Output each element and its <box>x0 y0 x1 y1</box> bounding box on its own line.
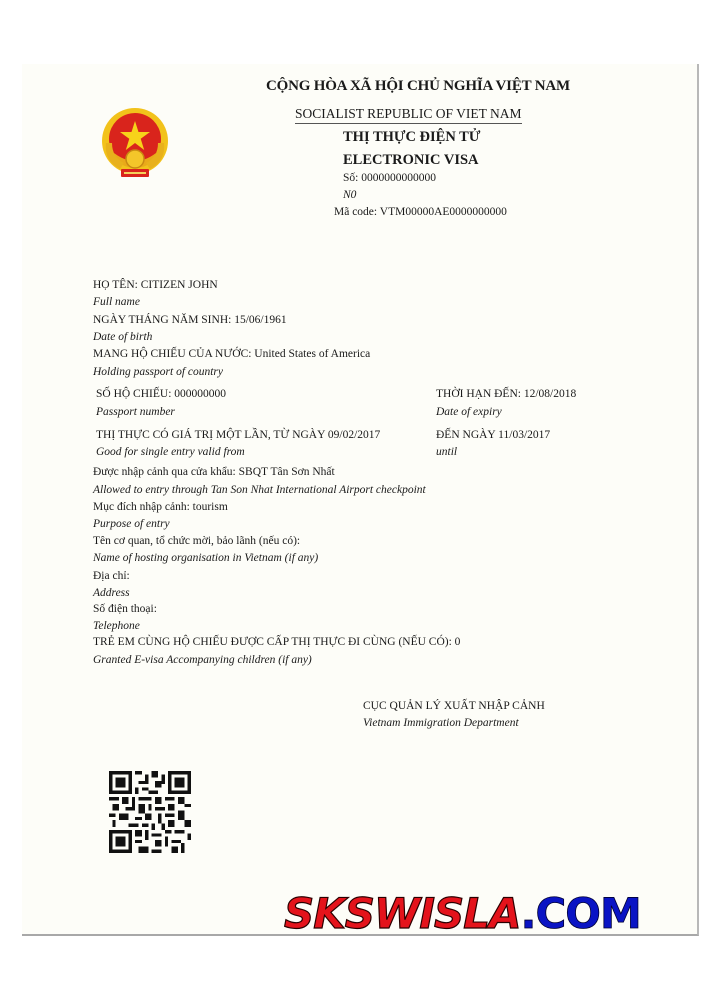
field-purpose: Mục đích nhập cảnh: tourism <box>93 501 228 513</box>
field-hosting-org-en: Name of hosting organisation in Vietnam … <box>93 552 318 564</box>
field-valid-from: THỊ THỰC CÓ GIÁ TRỊ MỘT LẦN, TỪ NGÀY 09/… <box>96 429 380 441</box>
field-full-name: HỌ TÊN: CITIZEN JOHN <box>93 279 218 291</box>
field-valid-until-en: until <box>436 446 457 458</box>
field-date-of-birth-en: Date of birth <box>93 331 152 343</box>
visa-number: Số: 0000000000000 <box>343 172 436 184</box>
field-passport-number-en: Passport number <box>96 406 175 418</box>
qr-code-icon <box>107 771 193 853</box>
field-date-of-expiry-en: Date of expiry <box>436 406 502 418</box>
field-entry-checkpoint-en: Allowed to entry through Tan Son Nhat In… <box>93 484 426 496</box>
field-entry-checkpoint: Được nhập cảnh qua cửa khẩu: SBQT Tân Sơ… <box>93 466 335 478</box>
field-date-of-birth: NGÀY THÁNG NĂM SINH: 15/06/1961 <box>93 314 287 326</box>
field-purpose-en: Purpose of entry <box>93 518 170 530</box>
issuer-en: Vietnam Immigration Department <box>363 717 519 729</box>
field-children-en: Granted E-visa Accompanying children (if… <box>93 654 312 666</box>
field-full-name-en: Full name <box>93 296 140 308</box>
field-passport-country: MANG HỘ CHIẾU CỦA NƯỚC: United States of… <box>93 348 370 360</box>
watermark-domain: .COM <box>521 889 641 938</box>
visa-code: Mã code: VTM00000AE0000000000 <box>334 206 507 218</box>
field-valid-until: ĐẾN NGÀY 11/03/2017 <box>436 429 550 441</box>
country-title-vn: CỘNG HÒA XÃ HỘI CHỦ NGHĨA VIỆT NAM <box>266 78 570 95</box>
vietnam-national-emblem-icon <box>94 103 176 185</box>
field-date-of-expiry: THỜI HẠN ĐẾN: 12/08/2018 <box>436 388 576 400</box>
field-telephone: Số điện thoại: <box>93 603 157 615</box>
field-address: Địa chỉ: <box>93 570 130 582</box>
field-passport-number: SỐ HỘ CHIẾU: 000000000 <box>96 388 226 400</box>
watermark: SKSWISLA.COM <box>284 893 641 935</box>
country-title-en: SOCIALIST REPUBLIC OF VIET NAM <box>295 106 522 124</box>
issuer-vn: CỤC QUẢN LÝ XUẤT NHẬP CẢNH <box>363 700 545 712</box>
visa-title-vn: THỊ THỰC ĐIỆN TỬ <box>343 129 480 146</box>
field-valid-from-en: Good for single entry valid from <box>96 446 245 458</box>
field-children: TRẺ EM CÙNG HỘ CHIẾU ĐƯỢC CẤP THỊ THỰC Đ… <box>93 636 460 648</box>
visa-number-en: N0 <box>343 189 356 201</box>
field-address-en: Address <box>93 587 130 599</box>
watermark-brand: SKSWISLA <box>284 889 521 938</box>
field-hosting-org: Tên cơ quan, tổ chức mời, bảo lãnh (nếu … <box>93 535 300 547</box>
field-telephone-en: Telephone <box>93 620 140 632</box>
field-passport-country-en: Holding passport of country <box>93 366 223 378</box>
visa-title-en: ELECTRONIC VISA <box>343 152 479 169</box>
